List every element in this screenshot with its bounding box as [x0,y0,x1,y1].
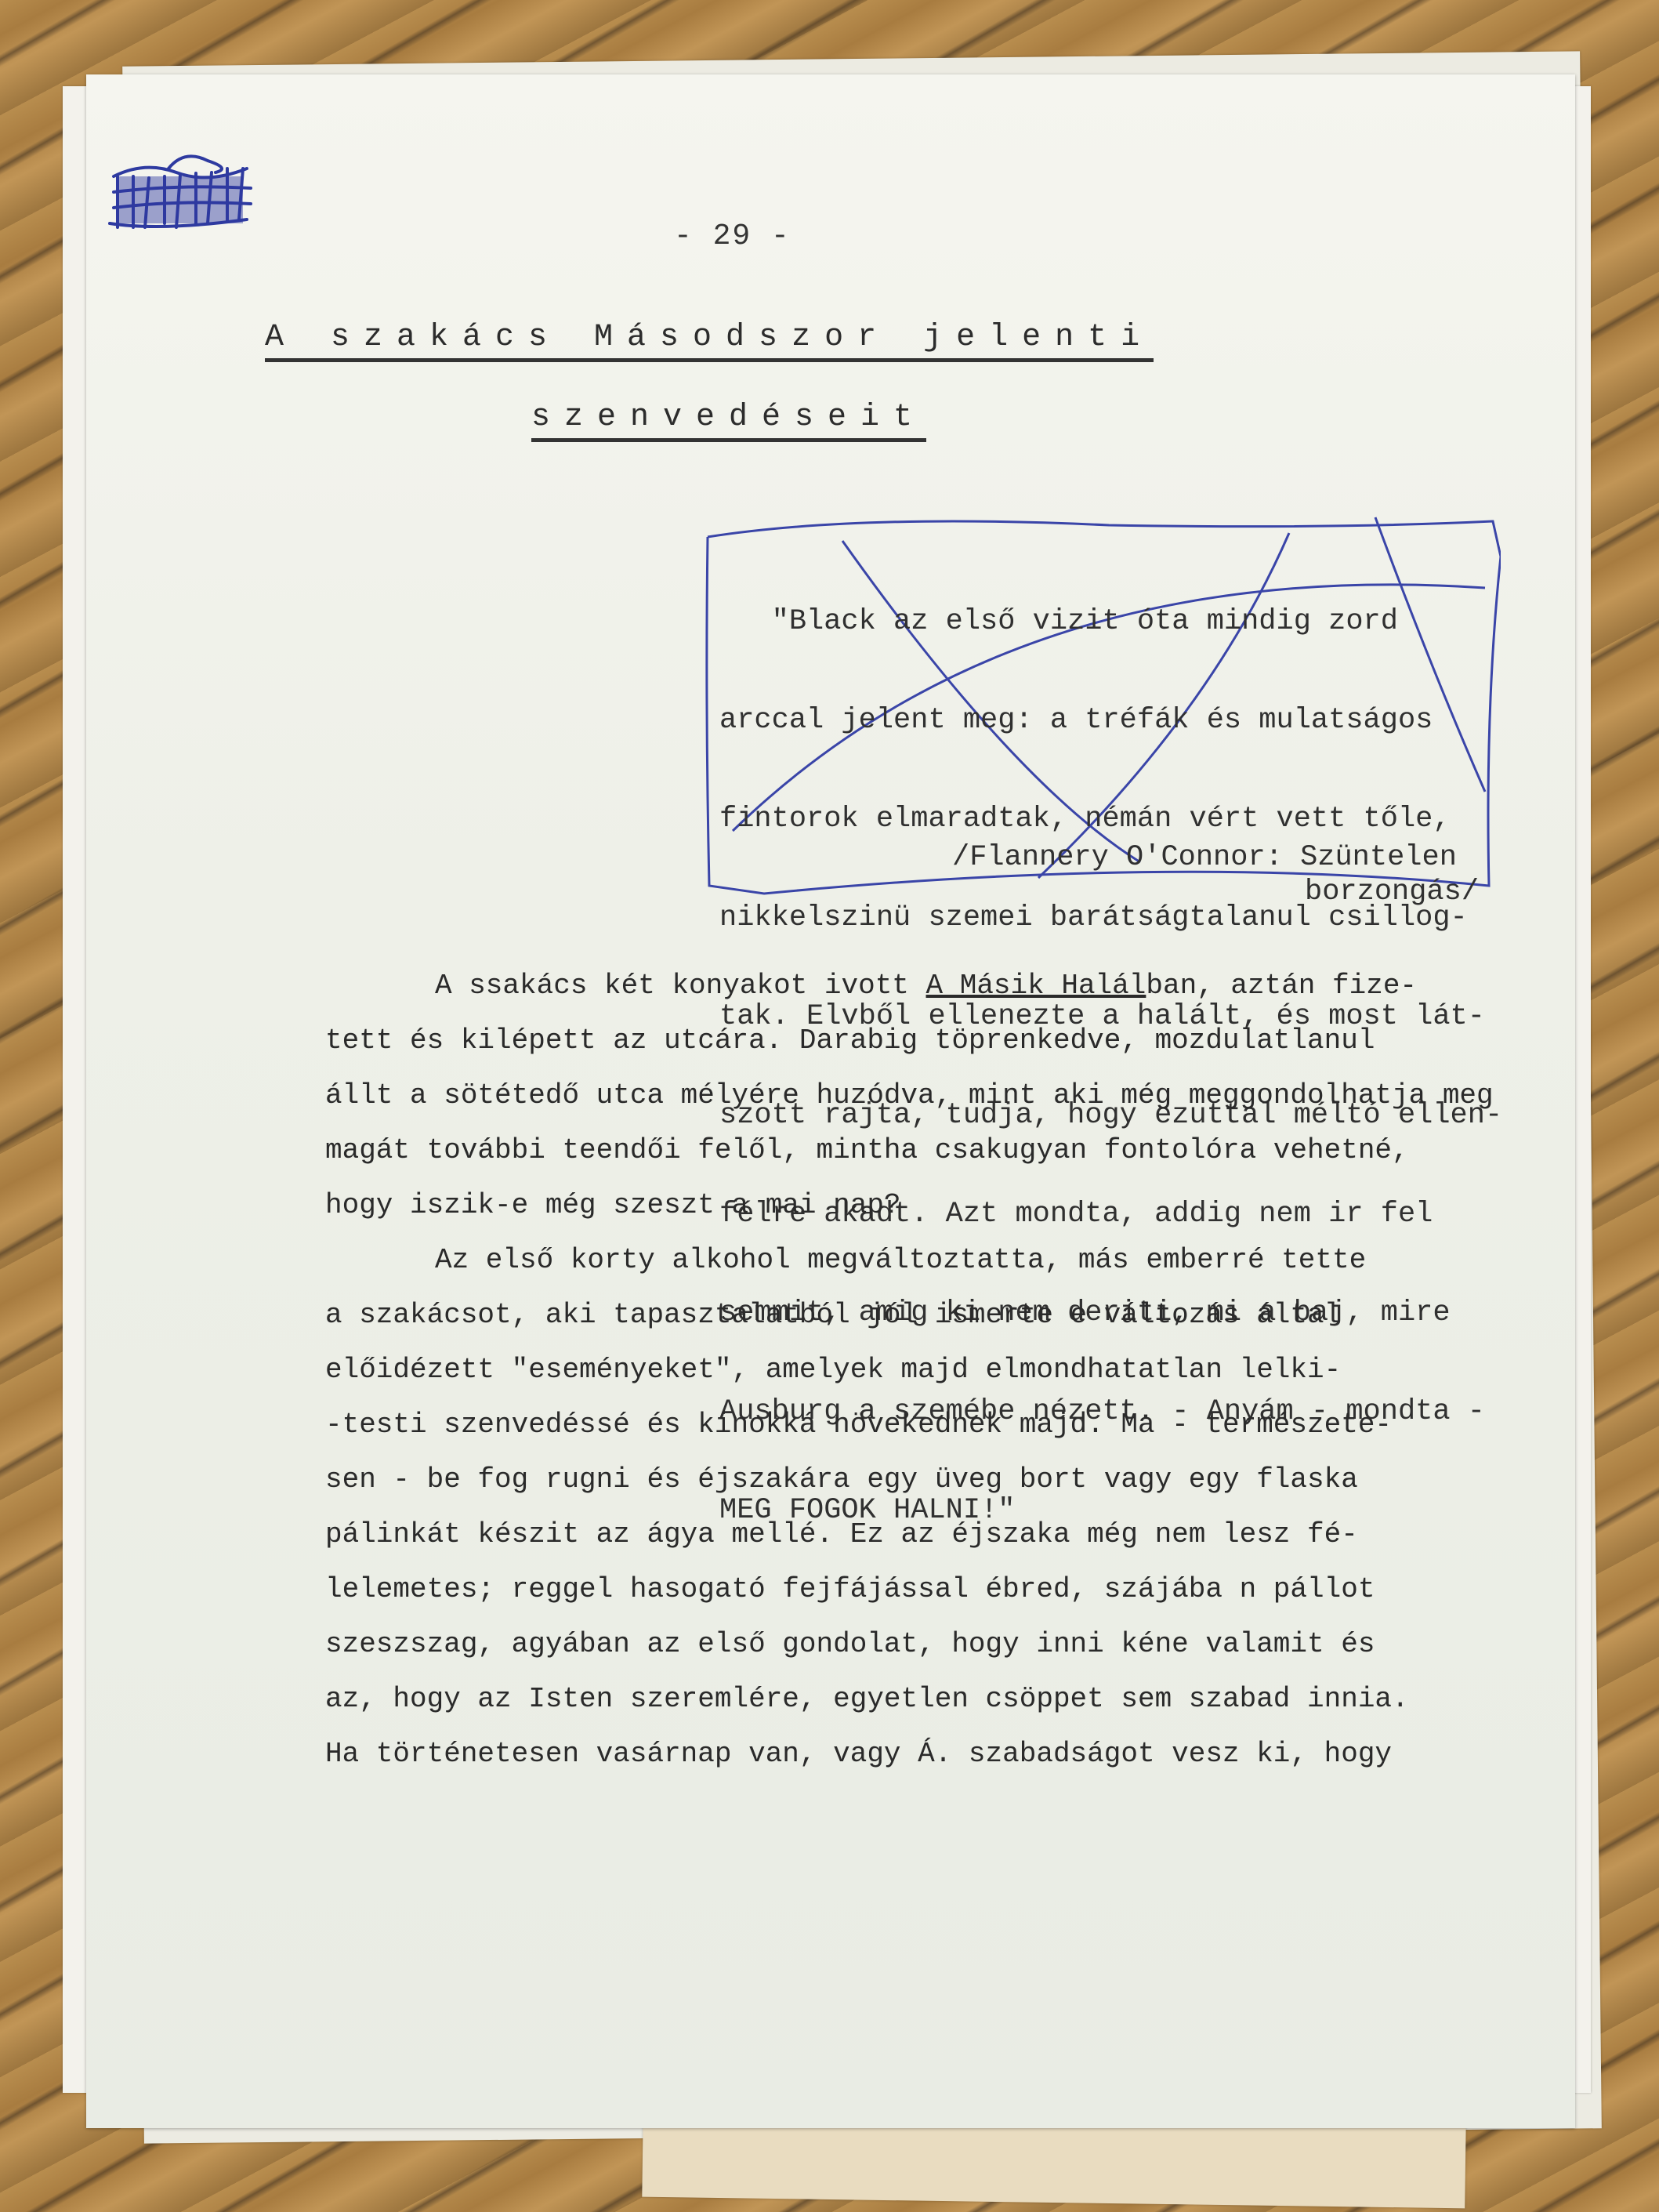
epigraph-line: fintorok elmaradtak, némán vért vett től… [719,803,1550,836]
epigraph-line: "Black az első vizit óta mindig zord [719,605,1550,638]
body-text: A ssakács két konyakot ivott A Másik Hal… [325,959,1548,1782]
text-span: ban, aztán fize- [1146,970,1417,1002]
paragraph1-line: magát további teendői felől, mintha csak… [325,1123,1548,1178]
page-number: - 29 - [674,219,791,253]
blue-ink-scribble-icon [98,145,263,243]
paragraph1-line: tett és kilépett az utcára. Darabig töpr… [325,1014,1548,1068]
epigraph-attribution: /Flannery O'Connor: Szüntelen [952,841,1457,874]
paragraph2-line: a szakácsot, aki tapasztalatból jól isme… [325,1288,1548,1343]
paragraph2-line: előidézett "eseményeket", amelyek majd e… [325,1343,1548,1398]
underlined-place-name: A Másik Halál [926,970,1146,1002]
epigraph-attribution-cont: borzongás/ [1305,876,1479,908]
paragraph1-line: hogy iszik-e még szeszt a mai nap? [325,1178,1548,1233]
paragraph2-line: szeszszag, agyában az első gondolat, hog… [325,1617,1548,1672]
paragraph2-line: sen - be fog rugni és éjszakára egy üveg… [325,1452,1548,1507]
paragraph1-line: állt a sötétedő utca mélyére huzódva, mi… [325,1068,1548,1123]
chapter-title-line1: A szakács Másodszor jelenti [265,320,1154,362]
paragraph2-line: Az első korty alkohol megváltoztatta, má… [325,1233,1548,1288]
text-span: A ssakács két konyakot ivott [435,970,926,1002]
chapter-title-line2: szenvedéseit [531,400,926,442]
paragraph1-line: A ssakács két konyakot ivott A Másik Hal… [325,959,1548,1014]
paragraph2-line: pálinkát készit az ágya mellé. Ez az éjs… [325,1507,1548,1562]
paragraph2-line: lelemetes; reggel hasogató fejfájással é… [325,1562,1548,1617]
paragraph2-line: Ha történetesen vasárnap van, vagy Á. sz… [325,1727,1548,1782]
paragraph2-line: az, hogy az Isten szeremlére, egyetlen c… [325,1672,1548,1727]
epigraph-line: arccal jelent meg: a tréfák és mulatságo… [719,704,1550,737]
paragraph2-line: -testi szenvedéssé és kinokká növekednek… [325,1398,1548,1452]
